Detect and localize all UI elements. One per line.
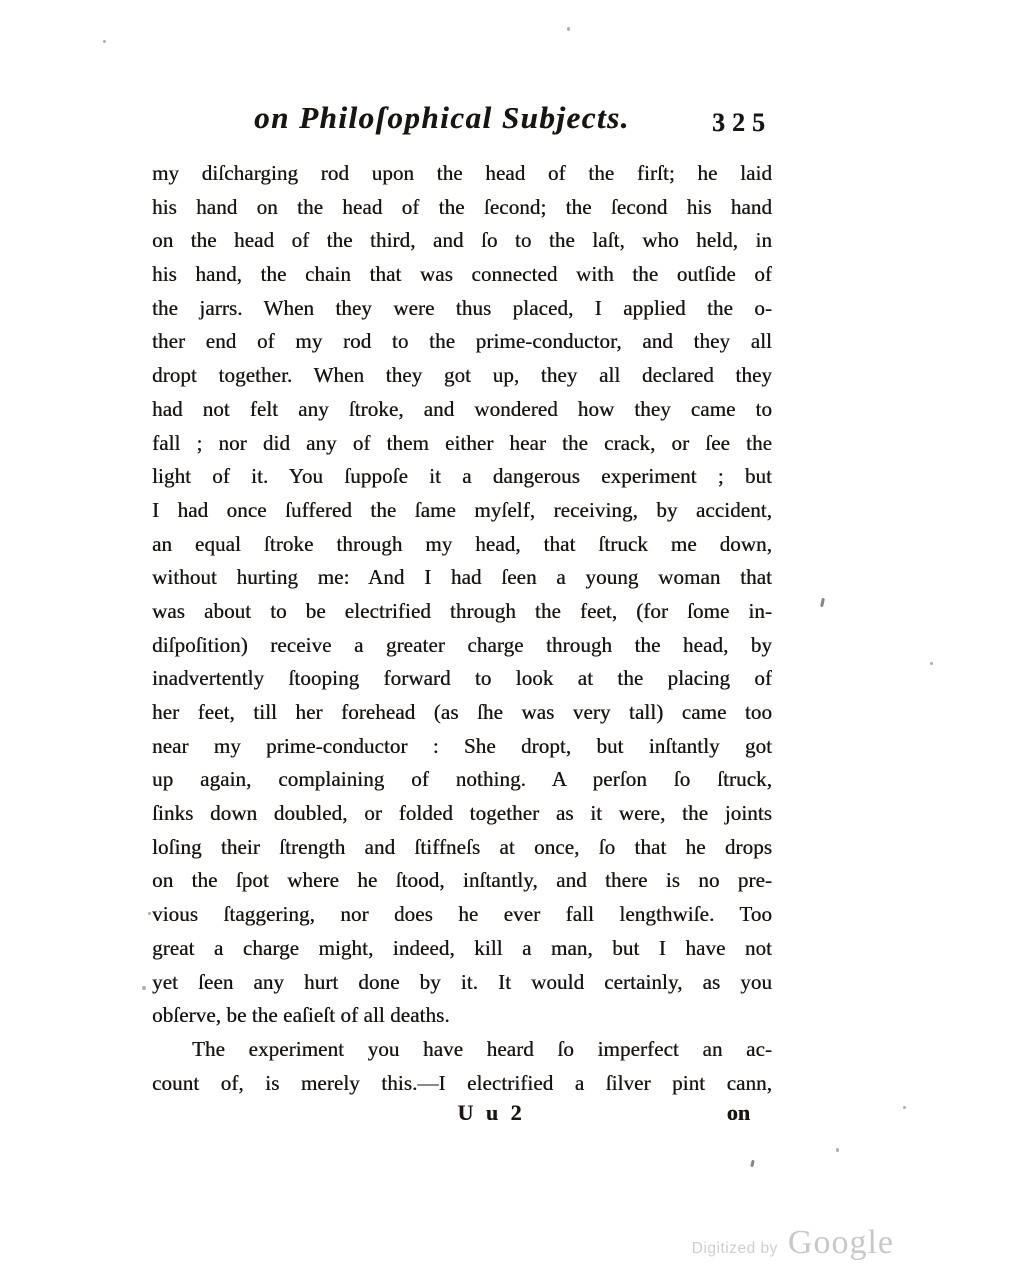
scan-speck [930,662,933,665]
text-line: on the ſpot where he ſtood, inſtantly, a… [152,864,772,898]
text-line: ther end of my rod to the prime-conducto… [152,325,772,359]
body-text-block: my diſcharging rod upon the head of the … [152,157,772,1100]
scan-mark [750,1160,754,1167]
scan-speck [567,27,570,31]
text-line: ſinks down doubled, or folded together a… [152,797,772,831]
text-line: yet ſeen any hurt done by it. It would c… [152,966,772,1000]
text-line: his hand, the chain that was connected w… [152,258,772,292]
page-header: on Philoſophical Subjects. 325 [152,100,772,148]
scan-speck [836,1148,839,1152]
running-title: on Philoſophical Subjects. [152,100,772,136]
text-line: on the head of the third, and ſo to the … [152,224,772,258]
text-line: near my prime-conductor : She dropt, but… [152,730,772,764]
text-line: the jarrs. When they were thus placed, I… [152,292,772,326]
text-line: count of, is merely this.—I electrified … [152,1067,772,1101]
text-line: diſpoſition) receive a greater charge th… [152,629,772,663]
footer-line: U u 2 on [152,1100,772,1134]
text-line: dropt together. When they got up, they a… [152,359,772,393]
text-line: obſerve, be the eaſieſt of all deaths. [152,999,772,1033]
text-line: up again, complaining of nothing. A perſ… [152,763,772,797]
text-line: my diſcharging rod upon the head of the … [152,157,772,191]
google-watermark: Digitized by Google [692,1224,894,1262]
text-line: fall ; nor did any of them either hear t… [152,427,772,461]
scan-speck [103,40,106,43]
scan-mark [820,598,825,607]
page-number: 325 [712,108,772,138]
digitized-by-label: Digitized by [692,1240,778,1258]
scan-speck [148,912,151,915]
text-line: his hand on the head of the ſecond; the … [152,191,772,225]
text-line: I had once ſuffered the ſame myſelf, rec… [152,494,772,528]
text-line: was about to be electrified through the … [152,595,772,629]
text-line: The experiment you have heard ſo imperfe… [152,1033,772,1067]
text-line: loſing their ſtrength and ſtiffneſs at o… [152,831,772,865]
text-line: an equal ſtroke through my head, that ſt… [152,528,772,562]
text-line: great a charge might, indeed, kill a man… [152,932,772,966]
google-logo: Google [788,1224,894,1262]
scan-speck [903,1106,906,1109]
text-line: vious ſtaggering, nor does he ever fall … [152,898,772,932]
scanned-book-page: on Philoſophical Subjects. 325 my diſcha… [0,0,1014,1282]
catchword: on [727,1100,750,1126]
text-line: her feet, till her forehead (as ſhe was … [152,696,772,730]
text-line: light of it. You ſuppoſe it a dangerous … [152,460,772,494]
text-line: had not felt any ſtroke, and wondered ho… [152,393,772,427]
text-line: inadvertently ſtooping forward to look a… [152,662,772,696]
scan-speck [142,986,146,990]
signature-mark: U u 2 [152,1100,772,1126]
text-line: without hurting me: And I had ſeen a you… [152,561,772,595]
